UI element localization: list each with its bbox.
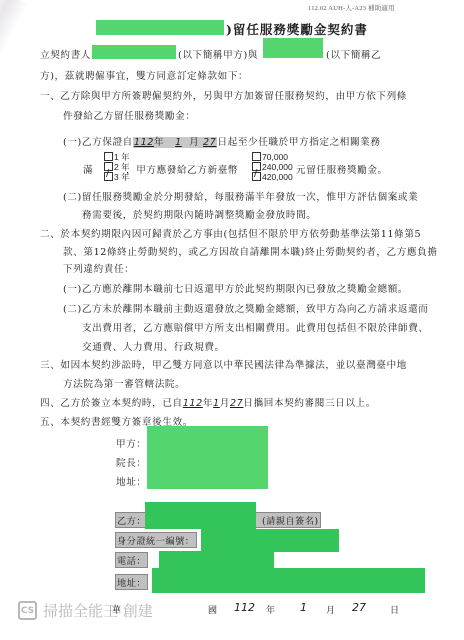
article4-line: 四、乙方於簽立本契約時，已自112年1月27日攜回本契約審閱三日以上。 [40,395,376,409]
intro-line1-mid: (以下簡稱甲方)與 [178,47,258,61]
option-label: 70,000 [262,152,288,162]
article1-item2-line1: (二)留任服務獎勵金於分期發給，每服務滿半年發放一次，惟甲方評估個案或業 [63,189,418,203]
redacted-party-a-signature [147,426,268,489]
director-label: 院長： [116,455,147,469]
year-unit: 年 [203,398,213,409]
item1-end-text: 元留任服務獎勵金。 [296,162,388,176]
amount-option-2[interactable]: 240,000 [252,162,293,172]
redacted-party-b-address [152,568,425,593]
redacted-id-number [201,529,339,552]
article3-line2: 方法院為第一審管轄法院。 [63,376,185,390]
item1-suffix: 起至少任職於甲方指定之相關業務 [228,137,381,148]
article3-line1: 三、如因本契約涉訟時，甲乙雙方同意以中華民國法律為準據法，並以臺灣臺中地 [40,357,407,371]
man-label: 滿 [83,162,93,176]
amount-options: 70,000 240,000 420,000 [252,152,293,182]
footer-year-unit: 年 [266,603,275,616]
article2-line3: 下列違約責任： [63,261,134,275]
checkbox-1-year[interactable] [104,152,113,161]
option-label: 1 年 [114,152,130,162]
article2-item2-line3: 交通費、人力費用、行政規費。 [82,339,225,353]
footer-day[interactable]: 27 [352,601,366,614]
watermark-text: 掃描全能王 創建 [43,600,153,621]
intro-line1-prefix: 立契約書人 [40,47,91,61]
intro-line1-suffix: (以下簡稱乙 [326,47,381,61]
item1-mid-text: ，甲方應發給乙方新臺幣 [126,162,238,176]
article4-prefix: 四、乙方於簽立本契約時，已自 [40,398,183,409]
start-day: 27 [203,137,216,148]
article2-item2-line2: 支出費用者，乙方應賠償甲方所支出相關費用。此費用包括但不限於律師費、 [82,320,429,334]
redacted-org-name [96,20,224,35]
article4-suffix: 日攜回本契約審閱三日以上。 [243,398,376,409]
month-unit: 月 [220,398,230,409]
amount-option-3[interactable]: 420,000 [252,172,293,182]
review-month[interactable]: 1 [213,398,220,409]
footer-mid-char: 華 [112,603,121,616]
review-year[interactable]: 112 [183,398,203,409]
checkbox-70000[interactable] [252,152,261,161]
year-unit: 年 [154,137,164,148]
amount-option-1[interactable]: 70,000 [252,152,293,162]
article1-line1: 一、乙方除與甲方所簽聘僱契約外，另與甲方加簽留任服務契約，由甲方依下列條 [40,88,407,102]
intro-line2: 方)，茲就聘僱事宜，雙方同意訂定條款如下： [40,68,248,82]
sign-note: (請親自簽名) [255,512,321,528]
article2-line2: 款、第12條終止勞動契約，或乙方因故自請離開本職)終止勞動契約者，乙方應負擔 [63,244,438,258]
footer-country-char: 國 [208,603,217,616]
redacted-party-a [92,45,176,59]
footer-year[interactable]: 112 [234,601,255,614]
month-unit: 月 [189,137,199,148]
party-b-address-label: 地址： [115,574,148,590]
contract-page: 112.02 AUH-人-A23 補助適用 )留任服務獎勵金契約書 立契約書人 … [0,0,464,640]
party-a-label: 甲方： [116,436,147,450]
start-year: 112 [134,137,154,148]
option-label: 420,000 [262,172,293,182]
start-date-field[interactable]: 112年 1 月 27 [133,137,218,148]
option-label: 240,000 [262,162,293,172]
footer-month-unit: 月 [326,603,335,616]
article2-item2-line1: (二)乙方未於離開本職前主動返還發放之獎勵金總額，致甲方為向乙方請求返還而 [63,301,428,315]
redacted-party-b-name [145,502,256,529]
item1-prefix: (一)乙方保證自 [63,137,133,148]
party-b-label: 乙方： [115,512,148,528]
start-month: 1 [175,137,182,148]
phone-label: 電話： [115,552,148,568]
form-code: 112.02 AUH-人-A23 補助適用 [308,3,395,12]
article1-item1-line: (一)乙方保證自112年 1 月 27日起至少任職於甲方指定之相關業務 [63,134,381,148]
footer-month[interactable]: 1 [300,601,307,614]
article2-item1: (一)乙方應於離開本職前七日返還甲方於此契約期限內已發放之獎勵金總額。 [63,281,408,295]
id-number-label: 身分證統一編號： [115,532,197,548]
review-day[interactable]: 27 [230,398,243,409]
article1-item2-line2: 務需要後，於契約期限內隨時調整獎勵金發放時間。 [82,207,316,221]
camscanner-logo-icon: CS [18,601,37,620]
scan-fold-shadow [0,0,29,84]
article2-line1: 二、於本契約期限內因可歸責於乙方事由(包括但不限於甲方依勞動基準法第11條第5 [40,226,421,240]
day-unit: 日 [217,137,227,148]
party-a-address-label: 地址： [116,474,147,488]
checkbox-3-years-checked[interactable] [104,172,113,181]
scanner-watermark: CS 掃描全能王 創建 [18,600,153,621]
document-title: )留任服務獎勵金契約書 [226,20,368,38]
years-option-1[interactable]: 1 年 [104,152,130,162]
article1-line2: 件發給乙方留任服務獎勵金： [63,108,196,122]
checkbox-420000-checked[interactable] [252,172,261,181]
footer-day-unit: 日 [390,603,399,616]
redacted-party-b [263,38,323,58]
